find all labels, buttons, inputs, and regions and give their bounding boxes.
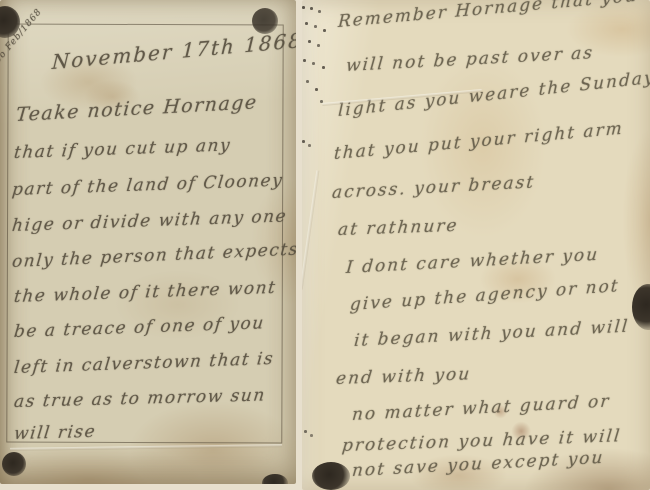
ink-blot bbox=[632, 284, 650, 330]
handwritten-line: I dont care whether you bbox=[345, 247, 600, 277]
handwritten-line: it began with you and will bbox=[353, 319, 630, 351]
handwritten-line: give up the agency or not bbox=[349, 278, 620, 314]
right-letter-page: Remember Hornage that you will not be pa… bbox=[302, 0, 650, 490]
handwritten-line: will not be past over as bbox=[345, 45, 594, 75]
ink-blot bbox=[262, 474, 288, 484]
ink-blot bbox=[312, 462, 350, 490]
handwritten-line: will rise bbox=[13, 424, 97, 443]
ink-blot bbox=[252, 8, 278, 34]
handwritten-line: across. your breast bbox=[331, 174, 536, 202]
photograph-of-letters: Co Feb/1868 November 17th 1868 Teake not… bbox=[0, 0, 650, 490]
handwritten-line: end with you bbox=[335, 366, 472, 388]
handwritten-line: that you put your right arm bbox=[334, 121, 625, 163]
handwritten-line: Remember Hornage that you bbox=[338, 0, 639, 31]
ink-speckles bbox=[302, 6, 305, 9]
left-letter-page: Co Feb/1868 November 17th 1868 Teake not… bbox=[0, 0, 296, 484]
paper-crease bbox=[302, 170, 319, 289]
paper-crease bbox=[10, 444, 282, 451]
ink-blot bbox=[2, 452, 26, 476]
handwritten-line: at rathnure bbox=[337, 218, 459, 239]
handwritten-line: no matter what guard or bbox=[351, 393, 611, 424]
handwritten-line: light as you weare the Sunday bbox=[338, 70, 650, 121]
